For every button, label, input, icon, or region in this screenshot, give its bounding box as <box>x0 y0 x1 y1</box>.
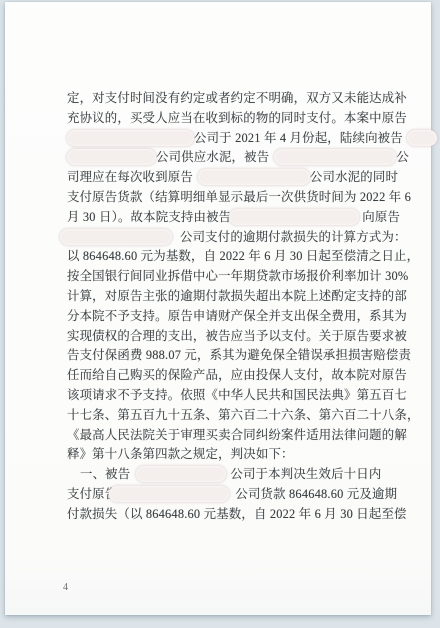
scanned-judgment-viewer: { "page": { "background": "#dce4e9", "pa… <box>0 0 440 628</box>
spacer <box>67 477 80 478</box>
line-text: 十七条、第五百九十五条、第六百二十六条、第六百二十八条， <box>67 408 420 422</box>
line-text: 公 <box>396 150 409 164</box>
text-line: 计算，对原告主张的逾期付款损失超出本院上述酌定支持的部 <box>67 287 412 307</box>
redaction-box <box>274 149 396 165</box>
text-line: 公司供应水泥，被告公 <box>67 148 412 168</box>
line-text: 月 30 日）。故本院支持由被告 <box>67 210 231 224</box>
text-line: 实现债权的合理的支出，被告应当予以支付。关于原告要求被 <box>67 327 412 347</box>
text-line: 以 864648.60 元为基数，自 2022 年 6 月 30 日起至偿清之日… <box>67 247 412 267</box>
line-text: 告支付保函费 988.07 元，系其为避免保全错误承担损害赔偿责 <box>67 348 411 362</box>
line-text: 《最高人民法院关于审理买卖合同纠纷案件适用法律问题的解 <box>67 428 407 442</box>
text-line: 《最高人民法院关于审理买卖合同纠纷案件适用法律问题的解 <box>67 426 412 446</box>
line-text: 公司支付的逾期付款损失的计算方式为： <box>180 230 407 244</box>
redaction-box <box>136 466 226 482</box>
text-line: 付款损失（以 864648.60 元基数，自 2022 年 6 月 30 日起至… <box>67 505 412 525</box>
line-text: 公司于 2021 年 4 月份起，陆续向被告 <box>194 131 403 145</box>
line-text: 一、被告 <box>80 467 130 481</box>
redaction-box <box>60 229 172 245</box>
text-line: 一、被告公司于本判决生效后十日内 <box>67 465 412 485</box>
line-text: 公司货款 864648.60 元及逾期 <box>235 487 397 501</box>
redaction-box <box>67 130 194 146</box>
spacer <box>269 160 274 161</box>
line-text: 支付原告货款（结算明细单显示最后一次供货时间为 2022 年 6 <box>67 190 411 204</box>
text-line: 该项请求不予支持。依照《中华人民共和国民法典》第五百七 <box>67 386 412 406</box>
line-text: 释》第十八条第四款之规定，判决如下： <box>67 447 294 461</box>
line-text: 该项请求不予支持。依照《中华人民共和国民法典》第五百七 <box>67 388 407 402</box>
text-line: 分本院不予支持。原告申请财产保全并支出保全费用，系其为 <box>67 307 412 327</box>
line-text: 分本院不予支持。原告申请财产保全并支出保全费用，系其为 <box>67 309 407 323</box>
text-line: 释》第十八条第四款之规定，判决如下： <box>67 445 412 465</box>
line-text: 定，对支付时间没有约定或者约定不明确，双方又未能达成补 <box>67 91 407 105</box>
document-page: 定，对支付时间没有约定或者约定不明确，双方又未能达成补充协议的，买受人应当在收到… <box>5 2 431 615</box>
redaction-box <box>229 209 359 225</box>
text-line: 公司于 2021 年 4 月份起，陆续向被告 <box>67 129 412 149</box>
text-block: 定，对支付时间没有约定或者约定不明确，双方又未能达成补充协议的，买受人应当在收到… <box>67 89 412 525</box>
text-line: 定，对支付时间没有约定或者约定不明确，双方又未能达成补 <box>67 89 412 109</box>
line-text: 任而给自己购买的保险产品，应由投保人支付，故本院对原告 <box>67 368 407 382</box>
line-text: 公司水泥的同时 <box>310 170 398 184</box>
text-line: 充协议的，买受人应当在收到标的物的同时支付。本案中原告 <box>67 109 412 129</box>
line-text: 公司于本判决生效后十日内 <box>230 467 381 481</box>
spacer <box>130 477 136 478</box>
text-line: 支付原告公司货款 864648.60 元及逾期 <box>67 485 412 505</box>
line-text: 充协议的，买受人应当在收到标的物的同时支付。本案中原告 <box>67 111 407 125</box>
line-text: 司理应在每次收到原告 <box>67 170 193 184</box>
line-text: 公司供应水泥，被告 <box>156 150 269 164</box>
spacer <box>193 180 198 181</box>
spacer <box>172 240 180 241</box>
spacer <box>403 141 407 142</box>
redaction-box <box>109 486 229 502</box>
redaction-box <box>198 169 310 185</box>
line-text: 向原告 <box>362 210 400 224</box>
text-line: 按全国银行间同业拆借中心一年期贷款市场报价利率加计 30% <box>67 267 412 287</box>
text-line: 告支付保函费 988.07 元，系其为避免保全错误承担损害赔偿责 <box>67 346 412 366</box>
redaction-box <box>407 130 437 146</box>
page-number: 4 <box>63 582 68 593</box>
text-line: 任而给自己购买的保险产品，应由投保人支付，故本院对原告 <box>67 366 412 386</box>
text-line: 公司支付的逾期付款损失的计算方式为： <box>67 228 412 248</box>
text-line: 支付原告货款（结算明细单显示最后一次供货时间为 2022 年 6 <box>67 188 412 208</box>
line-text: 付款损失（以 864648.60 元基数，自 2022 年 6 月 30 日起至… <box>67 507 407 521</box>
line-text: 按全国银行间同业拆借中心一年期贷款市场报价利率加计 30% <box>67 269 408 283</box>
line-text: 计算，对原告主张的逾期付款损失超出本院上述酌定支持的部 <box>67 289 407 303</box>
text-line: 司理应在每次收到原告公司水泥的同时 <box>67 168 412 188</box>
line-text: 实现债权的合理的支出，被告应当予以支付。关于原告要求被 <box>67 329 407 343</box>
text-line: 月 30 日）。故本院支持由被告向原告 <box>67 208 412 228</box>
text-line: 十七条、第五百九十五条、第六百二十六条、第六百二十八条， <box>67 406 412 426</box>
line-text: 以 864648.60 元为基数，自 2022 年 6 月 30 日起至偿清之日… <box>67 249 419 263</box>
redaction-box <box>67 149 156 165</box>
